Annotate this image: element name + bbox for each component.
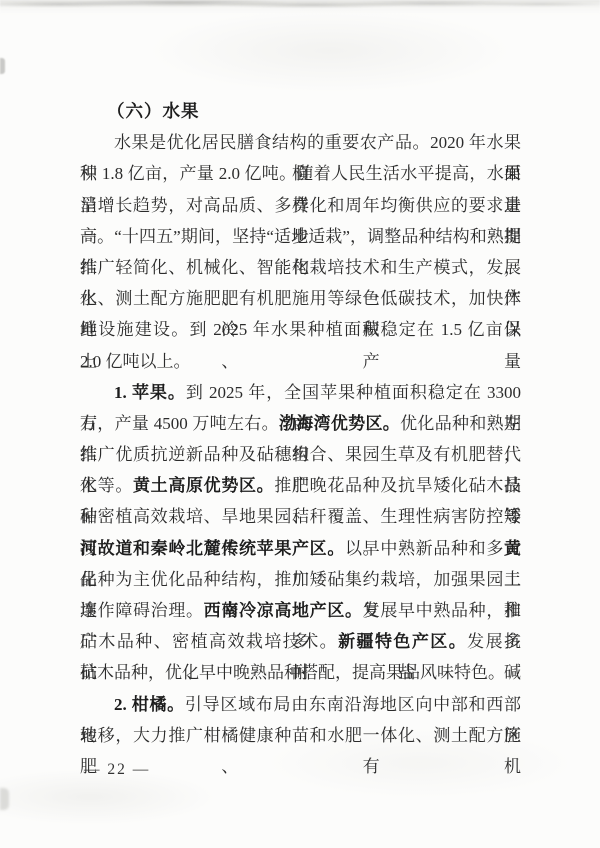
- text-line: 转移，大力推广柑橘健康种苗和水肥一体化、测土配方施肥、有机: [80, 720, 521, 751]
- bold-text-run: 新疆特色产区。: [338, 632, 467, 651]
- text-run: 砧木品种、密植高效栽培技术。: [80, 632, 338, 651]
- document-page: （六）水果 水果是优化居民膳食结构的重要农产品。2020 年水果种植面积 1.8…: [0, 0, 600, 848]
- text-run: 术等。: [80, 476, 133, 495]
- scan-artifact-left: [0, 58, 5, 74]
- text-run: 2.0 亿吨以上。: [80, 352, 191, 371]
- paragraph: 水果是优化居民膳食结构的重要农产品。2020 年水果种植面积 1.8 亿亩，产量…: [80, 127, 521, 377]
- page-number: — 22 —: [84, 756, 150, 784]
- text-line: 砧木品种，优化早中晚熟品种搭配，提高果品风味特色。: [80, 657, 521, 688]
- text-line: 砧木品种、密植高效栽培技术。新疆特色产区。发展多抗、耐盐碱: [80, 626, 521, 657]
- text-line: 品种为主优化品种结构，推广矮砧集约栽培，加强果园土壤修复和: [80, 564, 521, 595]
- text-line: 推广轻简化、机械化、智能化栽培技术和生产模式，发展水肥一体: [80, 252, 521, 283]
- text-line: 化、测土配方施肥、有机肥施用等绿色低碳技术，加快产地冷藏保: [80, 283, 521, 314]
- paragraph: 2. 柑橘。引导区域布局由东南沿海地区向中部和西部地区转移，大力推广柑橘健康种苗…: [80, 689, 521, 751]
- page-content: （六）水果 水果是优化居民膳食结构的重要农产品。2020 年水果种植面积 1.8…: [80, 96, 521, 751]
- text-run: 砧木品种，优化早中晚熟品种搭配，提高果品风味特色。: [80, 663, 505, 682]
- bold-text-run: 西南冷凉高地产区。: [204, 601, 363, 620]
- section-heading: （六）水果: [80, 96, 521, 127]
- bold-text-run: 2. 柑橘。: [114, 695, 185, 714]
- text-line: 连作障碍治理。西南冷凉高地产区。发展早中熟品种，推广多抗: [80, 595, 521, 626]
- text-line: 水果是优化居民膳食结构的重要农产品。2020 年水果种植面: [80, 127, 521, 158]
- bold-text-run: 1. 苹果。: [114, 383, 186, 402]
- text-line: 呈增长趋势，对高品质、多样化和周年均衡供应的要求进一步提: [80, 190, 521, 221]
- text-line: 推广优质抗逆新品种及砧穗组合、果园生草及有机肥替代化肥技: [80, 439, 521, 470]
- document-body: 水果是优化居民膳食结构的重要农产品。2020 年水果种植面积 1.8 亿亩，产量…: [80, 127, 521, 751]
- text-line: 积 1.8 亿亩，产量 2.0 亿吨。随着人民生活水平提高，水果消费量: [80, 158, 521, 189]
- bold-text-run: 河故道和秦岭北麓传统苹果产区。: [80, 539, 345, 558]
- text-line: 高。“十四五”期间，坚持“适地适栽”，调整品种结构和熟期结构，: [80, 221, 521, 252]
- scan-artifact-left-bottom: [0, 788, 9, 810]
- paragraph: 1. 苹果。到 2025 年，全国苹果种植面积稳定在 3300 万亩左右，产量 …: [80, 377, 521, 689]
- text-run: 连作障碍治理。: [80, 601, 204, 620]
- scan-artifact-top: [0, 0, 600, 14]
- text-line: 右，产量 4500 万吨左右。渤海湾优势区。优化品种和熟期结构，: [80, 408, 521, 439]
- bold-text-run: 黄土高原优势区。: [133, 476, 274, 495]
- text-line: 2. 柑橘。引导区域布局由东南沿海地区向中部和西部地区: [80, 689, 521, 720]
- text-line: 砧密植高效栽培、旱地果园秸秆覆盖、生理性病害防控等技术。黄: [80, 501, 521, 532]
- text-line: 河故道和秦岭北麓传统苹果产区。以早中熟新品种和多元化加工: [80, 533, 521, 564]
- bold-text-run: 渤海湾优势区。: [279, 414, 400, 433]
- text-line: 鲜设施建设。到 2025 年水果种植面积稳定在 1.5 亿亩以上、产量: [80, 314, 521, 345]
- text-line: 术等。黄土高原优势区。推广晚花品种及抗旱矮化砧木品种、矮: [80, 470, 521, 501]
- text-run: 右，产量 4500 万吨左右。: [80, 414, 279, 433]
- text-line: 1. 苹果。到 2025 年，全国苹果种植面积稳定在 3300 万亩左: [80, 377, 521, 408]
